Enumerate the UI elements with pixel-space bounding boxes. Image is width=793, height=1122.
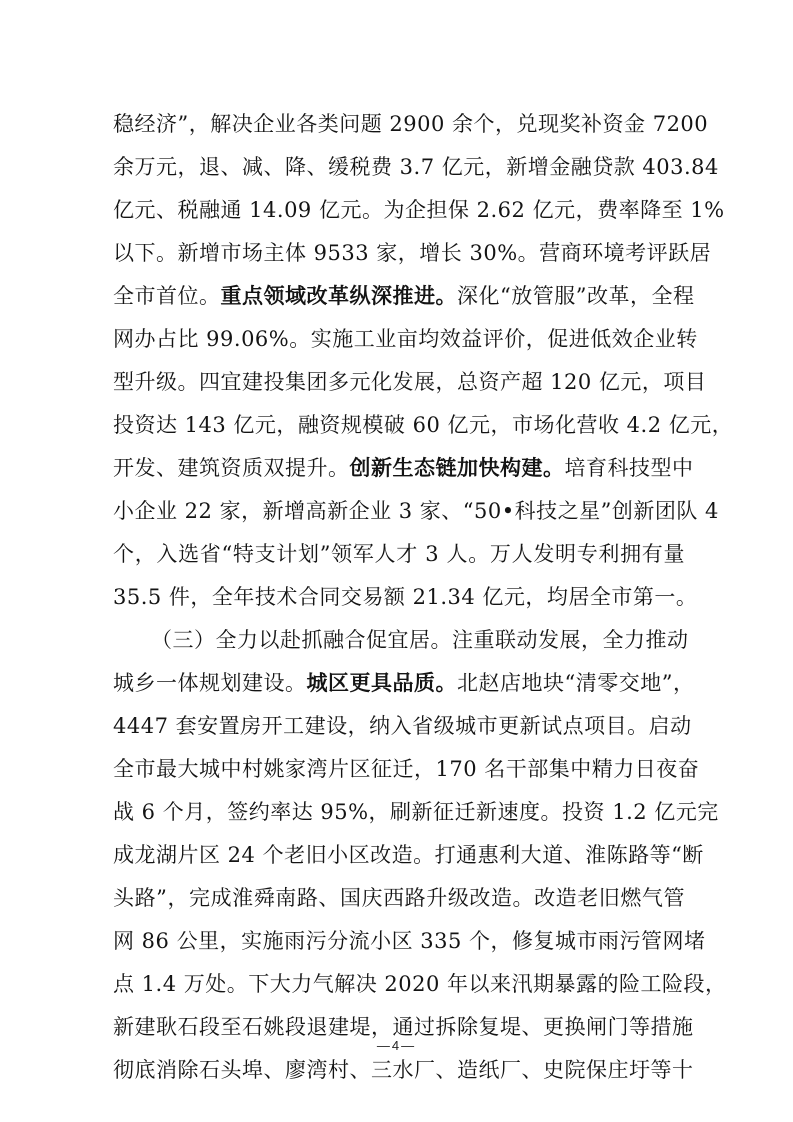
text-segment: 网 86 公里，实施雨污分流小区 335 个，修复城市雨污管网堵 xyxy=(113,929,706,953)
text-segment: 深化“放管服”改革，全程 xyxy=(457,284,694,308)
bold-subheading: 城区更具品质。 xyxy=(307,671,458,695)
document-page: 稳经济”，解决企业各类问题 2900 余个，兑现奖补资金 7200 余万元，退、… xyxy=(0,0,793,1122)
text-segment: 彻底消除石头埠、廖湾村、三水厂、造纸厂、史院保庄圩等十 xyxy=(113,1058,694,1082)
text-segment: 余万元，退、减、降、缓税费 3.7 亿元，新增金融贷款 403.84 xyxy=(113,155,719,179)
text-line: 投资达 143 亿元，融资规模破 60 亿元，市场化营收 4.2 亿元， xyxy=(113,404,685,447)
text-segment: 稳经济”，解决企业各类问题 2900 余个，兑现奖补资金 7200 xyxy=(113,112,708,136)
text-segment: 全市最大城中村姚家湾片区征迁，170 名干部集中精力日夜奋 xyxy=(113,757,699,781)
text-line: 全市首位。重点领域改革纵深推进。深化“放管服”改革，全程 xyxy=(113,275,685,318)
text-line: 网办占比 99.06%。实施工业亩均效益评价，促进低效企业转 xyxy=(113,318,685,361)
text-segment: 注重联动发展，全力推动 xyxy=(452,628,689,652)
text-segment: 培育科技型中 xyxy=(565,456,694,480)
bold-subheading: 重点领域改革纵深推进。 xyxy=(221,284,458,308)
text-line-paragraph-end: 35.5 件，全年技术合同交易额 21.34 亿元，均居全市第一。 xyxy=(113,576,685,619)
text-line: 城乡一体规划建设。城区更具品质。北赵店地块“清零交地”， xyxy=(113,662,685,705)
text-line: 型升级。四宜建投集团多元化发展，总资产超 120 亿元，项目 xyxy=(113,361,685,404)
text-line: 个，入选省“特支计划”领军人才 3 人。万人发明专利拥有量 xyxy=(113,533,685,576)
text-segment: 点 1.4 万处。下大力气解决 2020 年以来汛期暴露的险工险段， xyxy=(113,972,727,996)
document-body: 稳经济”，解决企业各类问题 2900 余个，兑现奖补资金 7200 余万元，退、… xyxy=(113,103,685,1092)
text-line: 余万元，退、减、降、缓税费 3.7 亿元，新增金融贷款 403.84 xyxy=(113,146,685,189)
text-segment: 4447 套安置房开工建设，纳入省级城市更新试点项目。启动 xyxy=(113,714,692,738)
text-segment: 以下。新增市场主体 9533 家，增长 30%。营商环境考评跃居 xyxy=(113,241,711,265)
text-line: 战 6 个月，签约率达 95%，刷新征迁新速度。投资 1.2 亿元完 xyxy=(113,791,685,834)
section-heading-line: （三）全力以赴抓融合促宜居。注重联动发展，全力推动 xyxy=(113,619,685,662)
text-segment: 战 6 个月，签约率达 95%，刷新征迁新速度。投资 1.2 亿元完 xyxy=(113,800,719,824)
text-line: 头路”，完成淮舜南路、国庆西路升级改造。改造老旧燃气管 xyxy=(113,877,685,920)
text-segment: 35.5 件，全年技术合同交易额 21.34 亿元，均居全市第一。 xyxy=(113,585,697,609)
text-segment: 亿元、税融通 14.09 亿元。为企担保 2.62 亿元，费率降至 1% xyxy=(113,198,725,222)
text-segment: 型升级。四宜建投集团多元化发展，总资产超 120 亿元，项目 xyxy=(113,370,706,394)
text-line: 开发、建筑资质双提升。创新生态链加快构建。培育科技型中 xyxy=(113,447,685,490)
text-segment: 个，入选省“特支计划”领军人才 3 人。万人发明专利拥有量 xyxy=(113,542,685,566)
text-segment: 网办占比 99.06%。实施工业亩均效益评价，促进低效企业转 xyxy=(113,327,698,351)
section-heading: （三）全力以赴抓融合促宜居。 xyxy=(151,628,452,652)
text-line: 点 1.4 万处。下大力气解决 2020 年以来汛期暴露的险工险段， xyxy=(113,963,685,1006)
text-segment: 开发、建筑资质双提升。 xyxy=(113,456,350,480)
text-line: 亿元、税融通 14.09 亿元。为企担保 2.62 亿元，费率降至 1% xyxy=(113,189,685,232)
text-segment: 新建耿石段至石姚段退建堤，通过拆除复堤、更换闸门等措施 xyxy=(113,1015,694,1039)
text-line: 彻底消除石头埠、廖湾村、三水厂、造纸厂、史院保庄圩等十 xyxy=(113,1049,685,1092)
text-line: 稳经济”，解决企业各类问题 2900 余个，兑现奖补资金 7200 xyxy=(113,103,685,146)
text-line: 小企业 22 家，新增高新企业 3 家、“50•科技之星”创新团队 4 xyxy=(113,490,685,533)
text-segment: 成龙湖片区 24 个老旧小区改造。打通惠利大道、淮陈路等“断 xyxy=(113,843,704,867)
text-line: 4447 套安置房开工建设，纳入省级城市更新试点项目。启动 xyxy=(113,705,685,748)
text-segment: 城乡一体规划建设。 xyxy=(113,671,307,695)
text-segment: 小企业 22 家，新增高新企业 3 家、“50•科技之星”创新团队 4 xyxy=(113,499,719,523)
text-segment: 北赵店地块“清零交地”， xyxy=(457,671,694,695)
page-number: —4— xyxy=(0,1038,793,1053)
text-line: 以下。新增市场主体 9533 家，增长 30%。营商环境考评跃居 xyxy=(113,232,685,275)
text-segment: 投资达 143 亿元，融资规模破 60 亿元，市场化营收 4.2 亿元， xyxy=(113,413,733,437)
text-line: 全市最大城中村姚家湾片区征迁，170 名干部集中精力日夜奋 xyxy=(113,748,685,791)
text-line: 网 86 公里，实施雨污分流小区 335 个，修复城市雨污管网堵 xyxy=(113,920,685,963)
bold-subheading: 创新生态链加快构建。 xyxy=(350,456,565,480)
text-segment: 头路”，完成淮舜南路、国庆西路升级改造。改造老旧燃气管 xyxy=(113,886,685,910)
text-line: 成龙湖片区 24 个老旧小区改造。打通惠利大道、淮陈路等“断 xyxy=(113,834,685,877)
text-segment: 全市首位。 xyxy=(113,284,221,308)
